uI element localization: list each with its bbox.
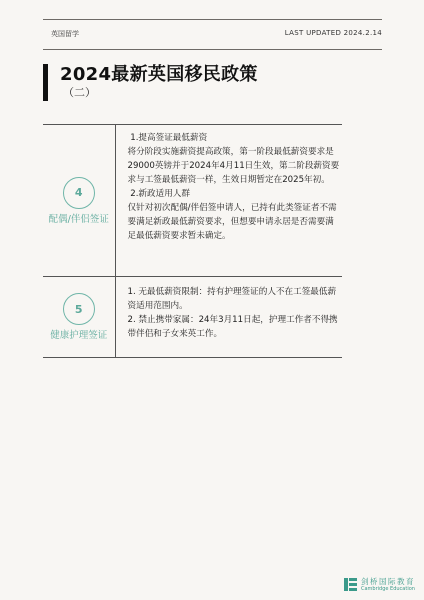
content-heading: 1.提高签证最低薪资 [128, 131, 343, 145]
logo-text-cn: 剑桥国际教育 [361, 577, 415, 586]
content-paragraph: 1. 无最低薪资限制：持有护理签证的人不在工签最低薪资适用范围内。 [128, 285, 343, 313]
last-updated: LAST UPDATED 2024.2.14 [285, 29, 382, 37]
row-content: 1. 无最低薪资限制：持有护理签证的人不在工签最低薪资适用范围内。 2. 禁止携… [116, 277, 343, 357]
header-divider [43, 49, 382, 50]
content-paragraph: 仅针对初次配偶/伴侣签申请人，已持有此类签证者不需要满足新政最低薪资要求，但想要… [128, 201, 343, 243]
page-title: 2024最新英国移民政策 [60, 60, 258, 86]
title-accent-bar [43, 64, 48, 101]
visa-type-label: 健康护理签证 [50, 327, 107, 341]
number-badge: 4 [63, 177, 95, 209]
brand-logo: 剑桥国际教育 Cambridge Education [344, 577, 415, 592]
top-divider [43, 19, 382, 20]
table-row: 4 配偶/伴侣签证 1.提高签证最低薪资 将分阶段实施薪资提高政策，第一阶段最低… [43, 124, 342, 276]
content-paragraph: 2. 禁止携带家属：24年3月11日起，护理工作者不得携带伴侣和子女来英工作。 [128, 313, 343, 341]
table-row: 5 健康护理签证 1. 无最低薪资限制：持有护理签证的人不在工签最低薪资适用范围… [43, 276, 342, 358]
visa-type-label: 配偶/伴侣签证 [49, 211, 109, 225]
policy-table: 4 配偶/伴侣签证 1.提高签证最低薪资 将分阶段实施薪资提高政策，第一阶段最低… [43, 124, 342, 358]
page-subtitle: （二） [63, 84, 96, 100]
row-content: 1.提高签证最低薪资 将分阶段实施薪资提高政策，第一阶段最低薪资要求是29000… [116, 125, 343, 276]
content-paragraph: 将分阶段实施薪资提高政策，第一阶段最低薪资要求是29000英镑并于2024年4月… [128, 145, 343, 187]
logo-icon [344, 578, 357, 591]
logo-text-en: Cambridge Education [361, 586, 415, 592]
content-heading: 2.新政适用人群 [128, 187, 343, 201]
number-badge: 5 [63, 293, 95, 325]
row-header: 4 配偶/伴侣签证 [43, 125, 116, 276]
row-header: 5 健康护理签证 [43, 277, 116, 357]
category-label: 英国留学 [51, 29, 79, 39]
